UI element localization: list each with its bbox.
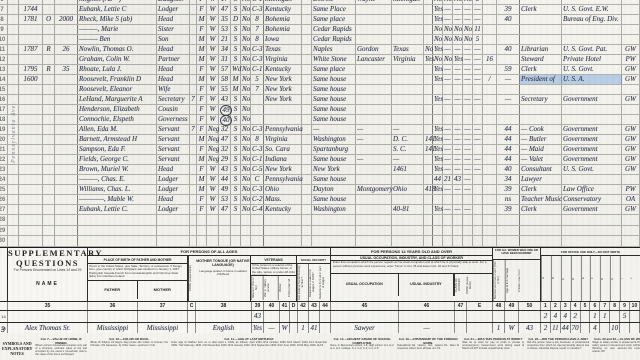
cell-weeks-worked: 40: [497, 165, 520, 174]
cell-emp-seeking-work: [453, 85, 463, 94]
cell-street: [8, 5, 19, 14]
cell-occupation: Clerk: [520, 205, 562, 214]
cell-citizenship: [302, 215, 312, 225]
cell-line-number: 19: [0, 125, 8, 134]
cell-sup-married-more-than-once: 1: [493, 323, 505, 334]
cell-sup-children-born: 43: [519, 323, 541, 334]
cell-emp-seeking-work: —: [453, 205, 463, 214]
cell-emp-other: [473, 185, 483, 194]
cell-emp-seeking-work: —: [453, 15, 463, 24]
cell-residence-1935-state: D. C.: [392, 135, 424, 144]
cell-occupation: [520, 236, 562, 246]
census-row: 28: [0, 215, 640, 226]
cell-occupation: [520, 0, 562, 4]
cell-age: 44: [219, 175, 231, 184]
cell-line-number: 21: [0, 145, 8, 154]
cell-citizenship: [302, 35, 312, 44]
cell-owned-or-rented: [43, 105, 55, 114]
sup-fourteen-group: FOR PERSONS 14 YEARS OLD AND OVER USUAL …: [331, 248, 493, 301]
cell-sex: F: [197, 95, 207, 104]
cell-race: W: [207, 195, 219, 204]
sup-col-number: 41: [280, 302, 290, 310]
cell-citizenship: [302, 55, 312, 64]
cell-street: [8, 75, 19, 84]
cell-residence-1935-state: [392, 115, 424, 124]
cell-sup-widow: W: [280, 323, 290, 334]
cell-residence-1935-county: [356, 165, 392, 174]
cell-emp-at-work: Yes: [433, 155, 443, 164]
cell-marital-status: S: [231, 155, 241, 164]
women-column-label-2: Children ever born: [518, 260, 540, 301]
sup-col-number: 3: [561, 302, 571, 310]
cell-emp-other: —: [473, 5, 483, 14]
sup-column-numbers: 353637C38394041D424344454647E48495012345…: [0, 301, 640, 310]
cell-highest-grade: [251, 236, 264, 246]
cell-owned-or-rented: R: [43, 45, 55, 54]
census-row: 29: [0, 226, 640, 237]
census-row: 15Roosevelt, EleanorWifeFW55MNo7New York…: [0, 85, 640, 95]
cell-residence-1935-city: Spartanburg: [312, 145, 356, 154]
cell-emp-seeking-work: —: [453, 5, 463, 14]
cell-race: W: [207, 105, 219, 114]
cell-residence-1935-city: [312, 236, 356, 246]
cell-farm: [424, 5, 433, 14]
cell-sex: F: [197, 0, 207, 4]
cell-highest-grade: 8: [251, 15, 264, 24]
cell-race: W: [207, 55, 219, 64]
sup-women-header: FOR ALL WOMEN WHO ARE OR HAVE BEEN MARRI…: [493, 248, 540, 260]
cell-attended-school: No: [241, 145, 251, 154]
sup-tongue-header: MOTHER TONGUE (OR NATIVE LANGUAGE): [196, 256, 250, 268]
cell-owned-or-rented: [43, 226, 55, 236]
cell-emp-public-work: —: [443, 95, 453, 104]
cell-owned-or-rented: [43, 195, 55, 204]
cell-emp-other: —: [473, 155, 483, 164]
note-body: White..W Filipino..Fil Negro..Neg Hindu.…: [90, 342, 168, 348]
cell-sup-usual-industry: —: [399, 323, 455, 334]
cell-street: [8, 195, 19, 204]
office-column-label-3: D: [571, 256, 581, 301]
cell-industry: [562, 25, 622, 34]
cell-marital-status: S: [231, 145, 241, 154]
cell-relation: Sister: [157, 25, 190, 34]
cell-sup-father-birthplace: [88, 311, 138, 322]
cell-person-name: Eubank, Lettie C.: [78, 205, 157, 214]
cell-attended-school: [241, 226, 251, 236]
cell-weeks-worked: 44: [497, 135, 520, 144]
cell-marital-status: S: [231, 205, 241, 214]
cell-home-value: [55, 236, 78, 246]
cell-emp-other: —: [473, 135, 483, 144]
cell-owned-or-rented: [43, 145, 55, 154]
cell-industry: [562, 0, 622, 4]
cell-occupation: [520, 15, 562, 24]
cell-age: [219, 236, 231, 246]
cell-emp-seeking-work: —: [453, 45, 463, 54]
cell-emp-other: [473, 205, 483, 214]
cell-farm: [424, 0, 433, 4]
cell-mark: [190, 35, 197, 44]
cell-worker-class: [622, 25, 640, 34]
cell-residence-1935-state: Texas: [392, 45, 424, 54]
cell-worker-class: [622, 215, 640, 225]
cell-office-c: 44: [561, 323, 571, 334]
cell-industry: U. S. Govt. Pat.: [562, 45, 622, 54]
sup-subtitle: For Persons Enumerated on Lines 14 and 2…: [8, 268, 87, 272]
cell-birthplace: Texas: [264, 45, 302, 54]
cell-sex: M: [197, 55, 207, 64]
cell-occupation: [520, 35, 562, 44]
street-name-label: Pennsylvania Ave.: [11, 90, 24, 176]
cell-emp-public-work: —: [443, 155, 453, 164]
census-row: 25Williams, Chas. L.LodgerMW49SNoC-3Ohio…: [0, 185, 640, 195]
cell-citizenship: [302, 135, 312, 144]
cell-sup-usual-industry: [399, 311, 455, 322]
cell-residence-1935-state: [392, 195, 424, 204]
cell-race: W: [207, 95, 219, 104]
sup-col-number: 7: [600, 302, 610, 310]
cell-relation: Daughter: [157, 0, 190, 4]
cell-sex: [197, 215, 207, 225]
cell-residence-1935-county: [356, 195, 392, 204]
cell-owned-or-rented: [43, 35, 55, 44]
cell-marital-status: S: [231, 5, 241, 14]
cell-owned-or-rented: [43, 0, 55, 4]
cell-house-number: [19, 175, 43, 184]
cell-age: 47: [219, 5, 231, 14]
cell-line-number: 30: [0, 236, 8, 246]
cell-emp-seeking-work: [453, 215, 463, 225]
cell-mark: [190, 75, 197, 84]
cell-person-name: Mignon (Ab—): [78, 0, 157, 4]
census-row: 111787R26Nowlin, Thomas O.HeadMW34SNoC-3…: [0, 45, 640, 55]
cell-citizenship: [302, 226, 312, 236]
cell-mark: [190, 5, 197, 14]
cell-birthplace: [264, 226, 302, 236]
cell-farm: [424, 65, 433, 74]
cell-street: [8, 25, 19, 34]
cell-house-number: [19, 25, 43, 34]
cell-line-number: 8: [0, 15, 8, 24]
cell-mark: [190, 236, 197, 246]
cell-sup-code-2: [467, 323, 493, 334]
cell-emp-has-job: —: [463, 55, 473, 64]
cell-occupation: — Butler: [520, 135, 562, 144]
cell-farm: [424, 75, 433, 84]
cell-sup-child: [290, 311, 298, 322]
cell-emp-other: —: [473, 45, 483, 54]
note-body: None..0. Elementary school..1-8. High sc…: [330, 345, 394, 351]
notes-label: SYMBOLS AND EXPLANATORY NOTES: [2, 338, 32, 359]
cell-worker-class: GW: [622, 95, 640, 104]
cell-office-h: [610, 311, 620, 322]
sup-col-number: 48: [493, 302, 505, 310]
cell-worker-class: GW: [622, 75, 640, 84]
cell-farm: [424, 165, 433, 174]
cell-emp-seeking-work: —: [453, 145, 463, 154]
cell-emp-public-work: —: [443, 205, 453, 214]
cell-emp-has-job: No: [463, 0, 473, 4]
cell-residence-1935-state: —: [392, 125, 424, 134]
census-row: 27Eubank, Lettie C.LodgerFW47SNoC-4Kentu…: [0, 205, 640, 215]
cell-emp-other: [473, 85, 483, 94]
cell-birthplace: Kentucky: [264, 5, 302, 14]
cell-emp-has-job: [463, 115, 473, 124]
ink-mark: 3: [1, 325, 5, 334]
sup-title: SUPPLEMENTARY QUESTIONS: [8, 248, 87, 268]
cell-relation: Head: [157, 195, 190, 204]
sup-col-number: 39: [252, 302, 264, 310]
cell-street: [8, 45, 19, 54]
cell-home-value: [55, 215, 78, 225]
cell-relation: Cousin: [157, 105, 190, 114]
cell-relation: Servant: [157, 145, 190, 154]
cell-line-number: 17: [0, 105, 8, 114]
cell-hours-worked: [483, 175, 497, 184]
census-row: 10——— BenSonMW21SNo8IowaCedar RapidsNoNo…: [0, 35, 640, 45]
cell-marital-status: [231, 226, 241, 236]
cell-weeks-worked: 39: [497, 205, 520, 214]
cell-race: W: [207, 185, 219, 194]
cell-hours-worked: [483, 0, 497, 4]
cell-office-g: [600, 323, 610, 334]
cell-mark: [190, 105, 197, 114]
cell-home-value: [55, 205, 78, 214]
cell-residence-1935-city: Same house: [312, 95, 356, 104]
cell-farm: [424, 155, 433, 164]
cell-sex: F: [197, 205, 207, 214]
cell-farm: [424, 195, 433, 204]
cell-person-name: Nowlin, Thomas O.: [78, 45, 157, 54]
census-row: 21Sampson, Eda F.ServantFNeg32SNoC-3So. …: [0, 145, 640, 155]
cell-industry: Bureau of Eng. Div.: [562, 15, 622, 24]
cell-emp-seeking-work: —: [453, 135, 463, 144]
cell-hours-worked: [483, 236, 497, 246]
sup-all-ages-banner: FOR PERSONS OF ALL AGES: [88, 248, 330, 256]
cell-office-j: [630, 323, 640, 334]
cell-line-number: 14: [0, 75, 8, 84]
cell-home-value: [55, 35, 78, 44]
cell-age: 49: [219, 105, 231, 114]
cell-emp-at-work: No: [433, 25, 443, 34]
census-row: 26————, Mable W.HeadFW53SNoC-2Mass.Same …: [0, 195, 640, 205]
cell-sup-ss-deductions: [309, 311, 320, 322]
cell-emp-public-work: —: [443, 125, 453, 134]
cell-home-value: 35: [55, 65, 78, 74]
cell-highest-grade: [251, 226, 264, 236]
sup-office-header: FOR OFFICE USE ONLY—DO NOT WRITE: [541, 248, 640, 256]
ss-column-label-0: Has Federal Social Security number?: [297, 264, 308, 301]
cell-attended-school: No: [241, 65, 251, 74]
sup-col-number: 10: [630, 302, 640, 310]
cell-person-name: Graham, Colin W.: [78, 55, 157, 64]
cell-person-name: ——— Ben: [78, 35, 157, 44]
cell-marital-status: S: [231, 25, 241, 34]
cell-birthplace: Iowa: [264, 35, 302, 44]
ss-column-label-2: Deductions from all or part of wages: [319, 264, 330, 301]
cell-occupation: [520, 215, 562, 225]
census-row: 20Barnett, Armstead HServantMNeg47SNo8Vi…: [0, 135, 640, 145]
cell-emp-public-work: 21: [443, 175, 453, 184]
cell-owned-or-rented: [43, 205, 55, 214]
cell-residence-1935-city: [312, 215, 356, 225]
sup-class-label: CLASS OF WORKER: [454, 274, 466, 296]
cell-emp-at-work: Yes: [433, 75, 443, 84]
cell-owned-or-rented: [43, 165, 55, 174]
cell-worker-class: [622, 15, 640, 24]
cell-owned-or-rented: [43, 125, 55, 134]
cell-relation: Partner: [157, 55, 190, 64]
cell-emp-has-job: —: [463, 5, 473, 14]
cell-emp-other: —: [473, 165, 483, 174]
cell-home-value: [55, 95, 78, 104]
census-row: 81781O2000Rheck, Mike S (ab)HeadMW35DNo8…: [0, 15, 640, 25]
cell-hours-worked: [483, 135, 497, 144]
cell-hours-worked: [483, 25, 497, 34]
cell-citizenship: [302, 25, 312, 34]
cell-weeks-worked: [497, 55, 520, 64]
cell-emp-has-job: —: [463, 155, 473, 164]
cell-owned-or-rented: [43, 75, 55, 84]
cell-residence-1935-county: [356, 15, 392, 24]
sup-tongue-note: Language spoken in home in earliest chil…: [196, 268, 250, 279]
cell-house-number: [19, 215, 43, 225]
cell-street: [8, 55, 19, 64]
cell-residence-1935-state: —: [392, 155, 424, 164]
cell-line-number: 26: [0, 195, 8, 204]
cell-emp-public-work: No: [443, 0, 453, 4]
cell-emp-other: [473, 236, 483, 246]
census-row: 12Graham, Colin W.PartnerMW31SNoC-3Virgi…: [0, 55, 640, 65]
cell-residence-1935-state: S. C.: [392, 145, 424, 154]
cell-emp-has-job: —: [463, 45, 473, 54]
sup-office-box: FOR OFFICE USE ONLY—DO NOT WRITE ABCDEFG…: [541, 248, 640, 301]
cell-emp-other: [473, 226, 483, 236]
cell-emp-public-work: [443, 105, 453, 114]
sup-col-number: 1: [541, 302, 551, 310]
census-row: 18Connochie, ElspethGovernessFW40SNoSame…: [0, 115, 640, 125]
cell-occupation: Lawyer: [520, 175, 562, 184]
office-column-label-8: I: [620, 256, 630, 301]
cell-hours-worked: [483, 195, 497, 204]
cell-mark: [190, 215, 197, 225]
cell-weeks-worked: 44: [497, 125, 520, 134]
sup-veterans-note: If this person is a veteran of the Unite…: [251, 264, 296, 276]
cell-residence-1935-state: [392, 105, 424, 114]
cell-sex: F: [197, 125, 207, 134]
cell-line-number: 9: [0, 25, 8, 34]
cell-emp-at-work: Yes: [433, 95, 443, 104]
cell-sex: M: [197, 155, 207, 164]
cell-residence-1935-city: —: [312, 125, 356, 134]
cell-age: 17: [219, 0, 231, 4]
cell-attended-school: No: [241, 5, 251, 14]
cell-race: W: [207, 35, 219, 44]
cell-attended-school: No: [241, 75, 251, 84]
cell-mark: [190, 15, 197, 24]
cell-emp-has-job: —: [463, 95, 473, 104]
cell-marital-status: S: [231, 195, 241, 204]
cell-industry: [562, 215, 622, 225]
cell-weeks-worked: [497, 35, 520, 44]
cell-race: W: [207, 115, 219, 124]
cell-person-name: Barnett, Armstead H: [78, 135, 157, 144]
cell-weeks-worked: [497, 215, 520, 225]
cell-citizenship: [302, 205, 312, 214]
sup-col-number: 9: [620, 302, 630, 310]
cell-residence-1935-county: —: [356, 155, 392, 164]
cell-line-number: 7: [0, 5, 8, 14]
note-block-0: Col. 7.—VALUE OF HOME, IF OWNED.Where ow…: [35, 338, 87, 359]
sup-col-number: 40: [264, 302, 280, 310]
cell-birthplace: Ohio: [264, 185, 302, 194]
cell-birthplace: Michigan: [264, 0, 302, 4]
cell-residence-1935-city: Same house: [312, 105, 356, 114]
cell-sup-code: [188, 323, 196, 334]
cell-emp-public-work: —: [443, 45, 453, 54]
cell-sup-line-number: 14: [0, 311, 8, 322]
cell-mark: [190, 155, 197, 164]
cell-residence-1935-city: New York: [312, 165, 356, 174]
cell-relation: Servant: [157, 135, 190, 144]
cell-owned-or-rented: R: [43, 65, 55, 74]
cell-emp-other: 11: [473, 25, 483, 34]
cell-residence-1935-city: Washington: [312, 135, 356, 144]
cell-highest-grade: 7: [251, 85, 264, 94]
sup-veterans-header: VETERANS: [251, 256, 296, 264]
cell-farm: [424, 95, 433, 104]
cell-sup-code-2: [467, 311, 493, 322]
cell-relation: Head: [157, 165, 190, 174]
cell-citizenship: [302, 5, 312, 14]
cell-emp-at-work: 44: [433, 175, 443, 184]
cell-relation: [157, 226, 190, 236]
note-block-7: Cols. 30 and 32.—CLASS OF WORKER.Wage or…: [592, 338, 640, 359]
cell-residence-1935-city: Same house: [312, 115, 356, 124]
cell-attended-school: No: [241, 0, 251, 4]
cell-highest-grade: [251, 115, 264, 124]
cell-emp-at-work: Yes: [433, 145, 443, 154]
cell-sup-mother-tongue: English: [196, 323, 252, 334]
cell-age: 58: [219, 75, 231, 84]
cell-marital-status: [231, 236, 241, 246]
cell-sex: M: [197, 35, 207, 44]
cell-emp-other: —: [473, 95, 483, 104]
cell-office-b: 4: [551, 311, 561, 322]
cell-person-name: Sampson, Eda F.: [78, 145, 157, 154]
cell-office-e: [581, 323, 591, 334]
cell-occupation: [520, 226, 562, 236]
cell-emp-other: 5: [473, 0, 483, 4]
cell-industry: Government: [562, 145, 622, 154]
office-column-label-2: C: [561, 256, 571, 301]
cell-sup-father-birthplace: Mississippi: [88, 323, 138, 334]
cell-emp-public-work: —: [443, 165, 453, 174]
cell-emp-public-work: [443, 215, 453, 225]
cell-highest-grade: [251, 95, 264, 104]
cell-residence-1935-state: [392, 215, 424, 225]
cell-residence-1935-county: [356, 145, 392, 154]
cell-mark: [190, 195, 197, 204]
cell-weeks-worked: 40: [497, 45, 520, 54]
cell-residence-1935-city: Washington: [312, 205, 356, 214]
cell-citizenship: [302, 125, 312, 134]
sup-ss-header: SOCIAL SECURITY: [297, 256, 330, 264]
cell-sup-veteran: Yes: [252, 323, 264, 334]
cell-emp-other: [473, 115, 483, 124]
cell-age: 55: [219, 85, 231, 94]
cell-marital-status: [231, 215, 241, 225]
